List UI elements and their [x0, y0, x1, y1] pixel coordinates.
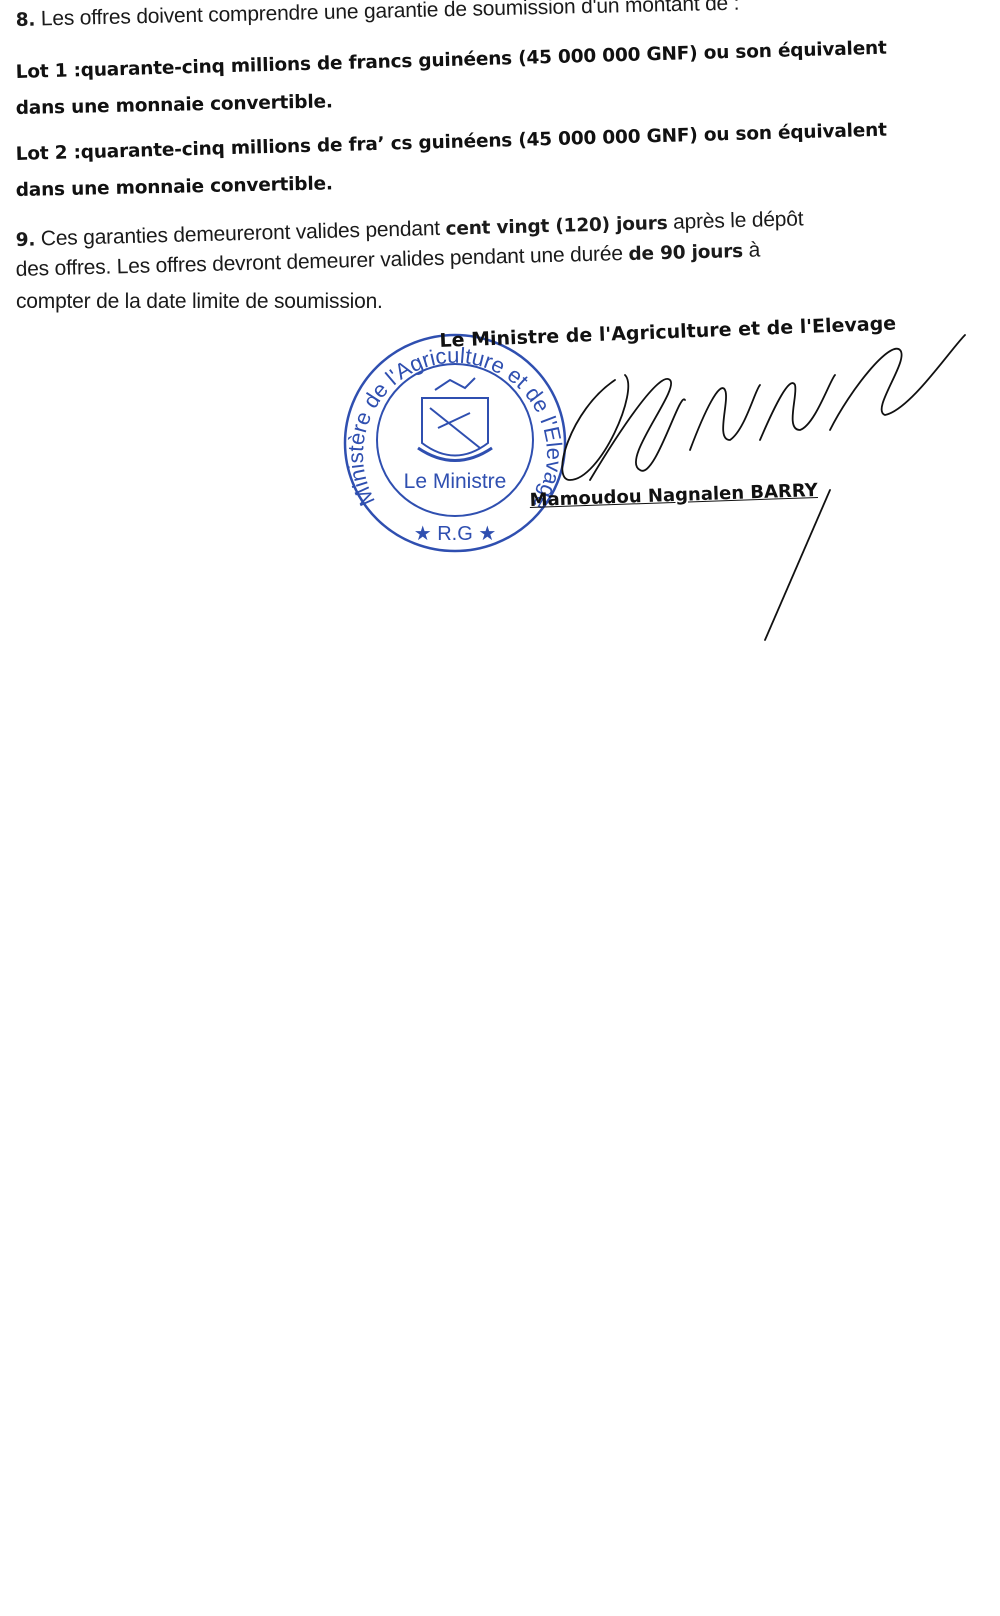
lot-2-text: :quarante-cinq millions de fra’ cs guiné…	[67, 120, 887, 164]
lot-2-line-1: Lot 2 :quarante-cinq millions de fra’ cs…	[15, 120, 887, 165]
item-8-number: 8.	[16, 10, 36, 31]
lot-1-text: :quarante-cinq millions de francs guinée…	[67, 38, 887, 82]
lot-1-label: Lot 1	[15, 61, 67, 83]
stamp-center-text: Le Ministre	[404, 470, 507, 493]
lot-1-line-2: dans une monnaie convertible.	[16, 91, 333, 119]
item-9-bold-validity: de 90 jours	[628, 241, 743, 265]
item-9-number: 9.	[15, 229, 35, 251]
item-9-text-b: après le dépôt	[667, 207, 803, 234]
item-9-text-a: Ces garanties demeureront valides pendan…	[35, 217, 446, 251]
item-9-line-3: compter de la date limite de soumission.	[16, 290, 383, 314]
item-8-text: Les offres doivent comprendre une garant…	[41, 0, 740, 30]
item-8: 8. Les offres doivent comprendre une gar…	[15, 0, 739, 32]
item-9-text-d: à	[743, 239, 761, 262]
lot-2-label: Lot 2	[15, 143, 67, 165]
coat-of-arms-icon	[418, 378, 492, 461]
item-9-bold-duration: cent vingt (120) jours	[445, 213, 667, 240]
lot-1-line-1: Lot 1 :quarante-cinq millions de francs …	[15, 38, 886, 83]
lot-2-line-2: dans une monnaie convertible.	[16, 173, 333, 201]
stamp-bottom-text: ★ R.G ★	[414, 523, 497, 545]
